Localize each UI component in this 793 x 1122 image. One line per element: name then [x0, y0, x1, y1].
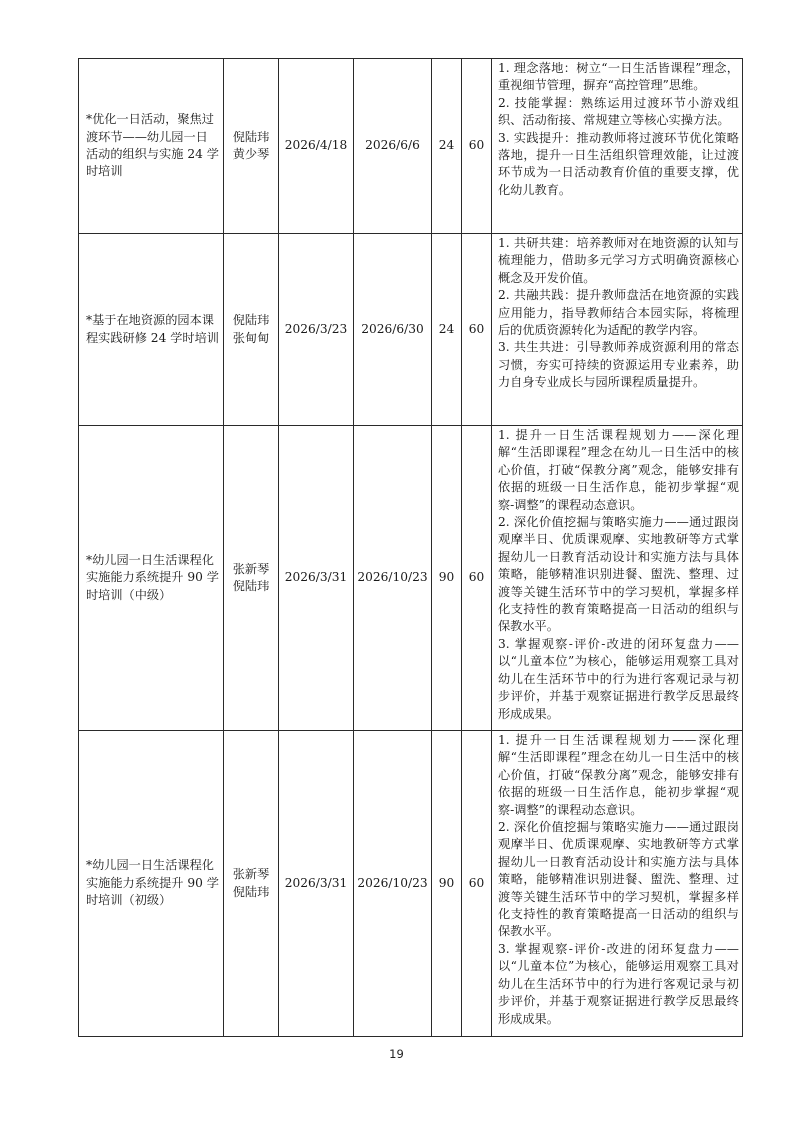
- teacher-cell: 张新琴 倪陆玮: [224, 426, 279, 731]
- teacher-cell: 倪陆玮 张甸甸: [224, 234, 279, 426]
- hours-cell: 90: [432, 426, 462, 731]
- goal-item: 1. 共研共建：培养教师对在地资源的认知与梳理能力，借助多元学习方式明确资源核心…: [498, 235, 739, 287]
- goals-cell: 1. 提升一日生活课程规划力——深化理解“生活即课程”理念在幼儿一日生活中的核心…: [492, 731, 743, 1037]
- course-title-cell: *幼儿园一日生活课程化实施能力系统提升 90 学时培训（初级）: [79, 731, 224, 1037]
- goals-cell: 1. 提升一日生活课程规划力——深化理解“生活即课程”理念在幼儿一日生活中的核心…: [492, 426, 743, 731]
- goal-item: 3. 掌握观察-评价-改进的闭环复盘力——以“儿童本位”为核心，能够运用观察工具…: [498, 636, 739, 723]
- document-page: *优化一日活动，聚焦过渡环节——幼儿园一日活动的组织与实施 24 学时培训 倪陆…: [0, 0, 793, 1122]
- goals-cell: 1. 理念落地：树立“一日生活皆课程”理念，重视细节管理，摒弃“高控管理”思维。…: [492, 59, 743, 234]
- course-title-cell: *优化一日活动，聚焦过渡环节——幼儿园一日活动的组织与实施 24 学时培训: [79, 59, 224, 234]
- teacher-cell: 倪陆玮 黄少琴: [224, 59, 279, 234]
- end-date-cell: 2026/10/23: [354, 426, 432, 731]
- goal-item: 3. 共生共进：引导教师养成资源利用的常态习惯，夯实可持续的资源运用专业素养，助…: [498, 339, 739, 391]
- goal-item: 2. 技能掌握：熟练运用过渡环节小游戏组织、活动衔接、常规建立等核心实操方法。: [498, 95, 739, 130]
- end-date-cell: 2026/6/6: [354, 59, 432, 234]
- teacher-name: 张新琴: [224, 561, 278, 578]
- teacher-name: 黄少琴: [224, 146, 278, 163]
- goal-item: 2. 深化价值挖掘与策略实施力——通过跟岗观摩半日、优质课观摩、实地教研等方式掌…: [498, 819, 739, 941]
- teacher-name: 倪陆玮: [224, 129, 278, 146]
- end-date-cell: 2026/6/30: [354, 234, 432, 426]
- teacher-name: 倪陆玮: [224, 578, 278, 595]
- hours-cell: 24: [432, 234, 462, 426]
- hours-cell: 90: [432, 731, 462, 1037]
- goal-item: 1. 提升一日生活课程规划力——深化理解“生活即课程”理念在幼儿一日生活中的核心…: [498, 732, 739, 819]
- goals-cell: 1. 共研共建：培养教师对在地资源的认知与梳理能力，借助多元学习方式明确资源核心…: [492, 234, 743, 426]
- teacher-name: 倪陆玮: [224, 884, 278, 901]
- capacity-cell: 60: [462, 731, 492, 1037]
- goal-item: 3. 实践提升：推动教师将过渡环节优化策略落地，提升一日生活组织管理效能，让过渡…: [498, 130, 739, 200]
- teacher-cell: 张新琴 倪陆玮: [224, 731, 279, 1037]
- start-date-cell: 2026/4/18: [279, 59, 354, 234]
- teacher-name: 张新琴: [224, 866, 278, 883]
- course-title-cell: *基于在地资源的园本课程实践研修 24 学时培训: [79, 234, 224, 426]
- start-date-cell: 2026/3/23: [279, 234, 354, 426]
- table-row: *基于在地资源的园本课程实践研修 24 学时培训 倪陆玮 张甸甸 2026/3/…: [79, 234, 743, 426]
- table-row: *优化一日活动，聚焦过渡环节——幼儿园一日活动的组织与实施 24 学时培训 倪陆…: [79, 59, 743, 234]
- course-table: *优化一日活动，聚焦过渡环节——幼儿园一日活动的组织与实施 24 学时培训 倪陆…: [78, 58, 743, 1037]
- teacher-name: 张甸甸: [224, 330, 278, 347]
- goal-item: 1. 理念落地：树立“一日生活皆课程”理念，重视细节管理，摒弃“高控管理”思维。: [498, 60, 739, 95]
- capacity-cell: 60: [462, 234, 492, 426]
- hours-cell: 24: [432, 59, 462, 234]
- goal-item: 3. 掌握观察-评价-改进的闭环复盘力——以“儿童本位”为核心，能够运用观察工具…: [498, 941, 739, 1028]
- end-date-cell: 2026/10/23: [354, 731, 432, 1037]
- goal-item: 2. 共融共践：提升教师盘活在地资源的实践应用能力，指导教师结合本园实际，将梳理…: [498, 287, 739, 339]
- start-date-cell: 2026/3/31: [279, 426, 354, 731]
- teacher-name: 倪陆玮: [224, 312, 278, 329]
- page-number: 19: [0, 1047, 793, 1061]
- table-row: *幼儿园一日生活课程化实施能力系统提升 90 学时培训（初级） 张新琴 倪陆玮 …: [79, 731, 743, 1037]
- capacity-cell: 60: [462, 426, 492, 731]
- course-title-cell: *幼儿园一日生活课程化实施能力系统提升 90 学时培训（中级）: [79, 426, 224, 731]
- start-date-cell: 2026/3/31: [279, 731, 354, 1037]
- table-row: *幼儿园一日生活课程化实施能力系统提升 90 学时培训（中级） 张新琴 倪陆玮 …: [79, 426, 743, 731]
- capacity-cell: 60: [462, 59, 492, 234]
- goal-item: 2. 深化价值挖掘与策略实施力——通过跟岗观摩半日、优质课观摩、实地教研等方式掌…: [498, 514, 739, 636]
- goal-item: 1. 提升一日生活课程规划力——深化理解“生活即课程”理念在幼儿一日生活中的核心…: [498, 427, 739, 514]
